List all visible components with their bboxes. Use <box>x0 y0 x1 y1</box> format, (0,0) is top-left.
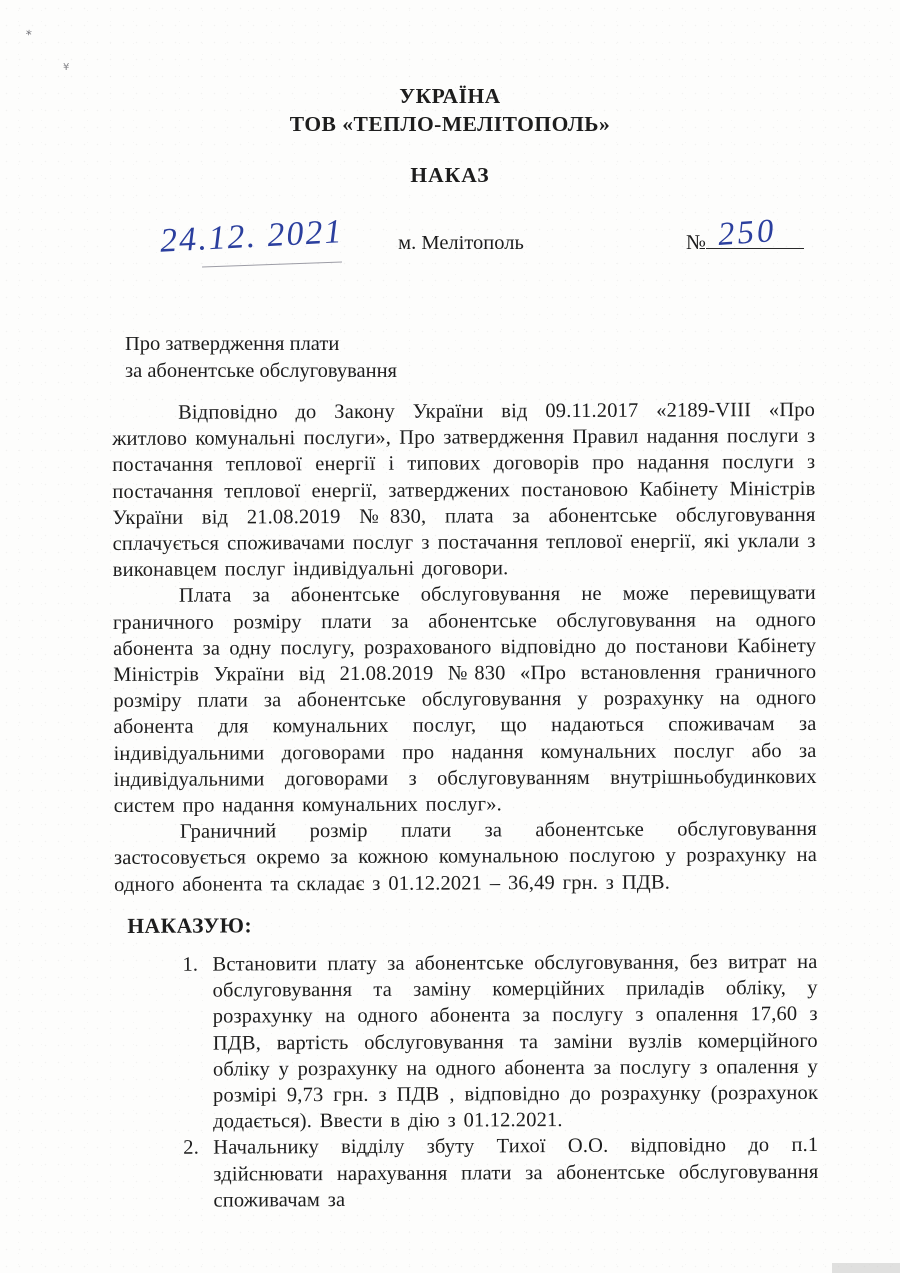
number-blank-line: 250 <box>706 228 804 249</box>
scanned-document-page: ⁎ ¥ УКРАЇНА ТОВ «ТЕПЛО-МЕЛІТОПОЛЬ» НАКАЗ… <box>0 0 900 1273</box>
paragraph-legal-basis: Відповідно до Закону України від 09.11.2… <box>112 397 816 583</box>
order-item: 1. Встановити плату за абонентське обслу… <box>212 949 818 1135</box>
document-header: УКРАЇНА ТОВ «ТЕПЛО-МЕЛІТОПОЛЬ» <box>0 82 900 138</box>
order-item: 2. Начальнику відділу збуту Тихої О.О. в… <box>213 1132 818 1213</box>
order-item-number: 1. <box>182 952 198 978</box>
order-item-text: Встановити плату за абонентське обслугов… <box>212 951 818 1133</box>
document-title: НАКАЗ <box>0 163 900 188</box>
document-subject: Про затвердження плати за абонентське об… <box>125 331 397 385</box>
country-name: УКРАЇНА <box>0 82 900 110</box>
document-body: Відповідно до Закону України від 09.11.2… <box>112 397 819 1214</box>
date-underline <box>202 262 342 268</box>
document-number: №250 <box>686 228 804 255</box>
order-item-number: 2. <box>183 1135 199 1161</box>
order-item-text: Начальнику відділу збуту Тихої О.О. відп… <box>213 1134 818 1211</box>
scan-edge-shadow <box>832 1263 900 1273</box>
scan-artifact: ¥ <box>63 62 69 73</box>
scan-artifact: ⁎ <box>25 24 33 39</box>
order-heading: НАКАЗУЮ: <box>127 910 817 939</box>
handwritten-number: 250 <box>717 213 778 254</box>
subject-line-2: за абонентське обслуговування <box>125 358 397 385</box>
paragraph-limit-rule: Плата за абонентське обслуговування не м… <box>113 580 817 819</box>
paragraph-limit-amount: Граничний розмір плати за абонентське об… <box>114 816 817 898</box>
subject-line-1: Про затвердження плати <box>125 331 397 358</box>
company-name: ТОВ «ТЕПЛО-МЕЛІТОПОЛЬ» <box>0 110 900 138</box>
meta-row: 24.12. 2021 м. Мелітополь №250 <box>110 220 812 276</box>
order-list: 1. Встановити плату за абонентське обслу… <box>114 949 818 1214</box>
number-sign: № <box>686 230 706 254</box>
